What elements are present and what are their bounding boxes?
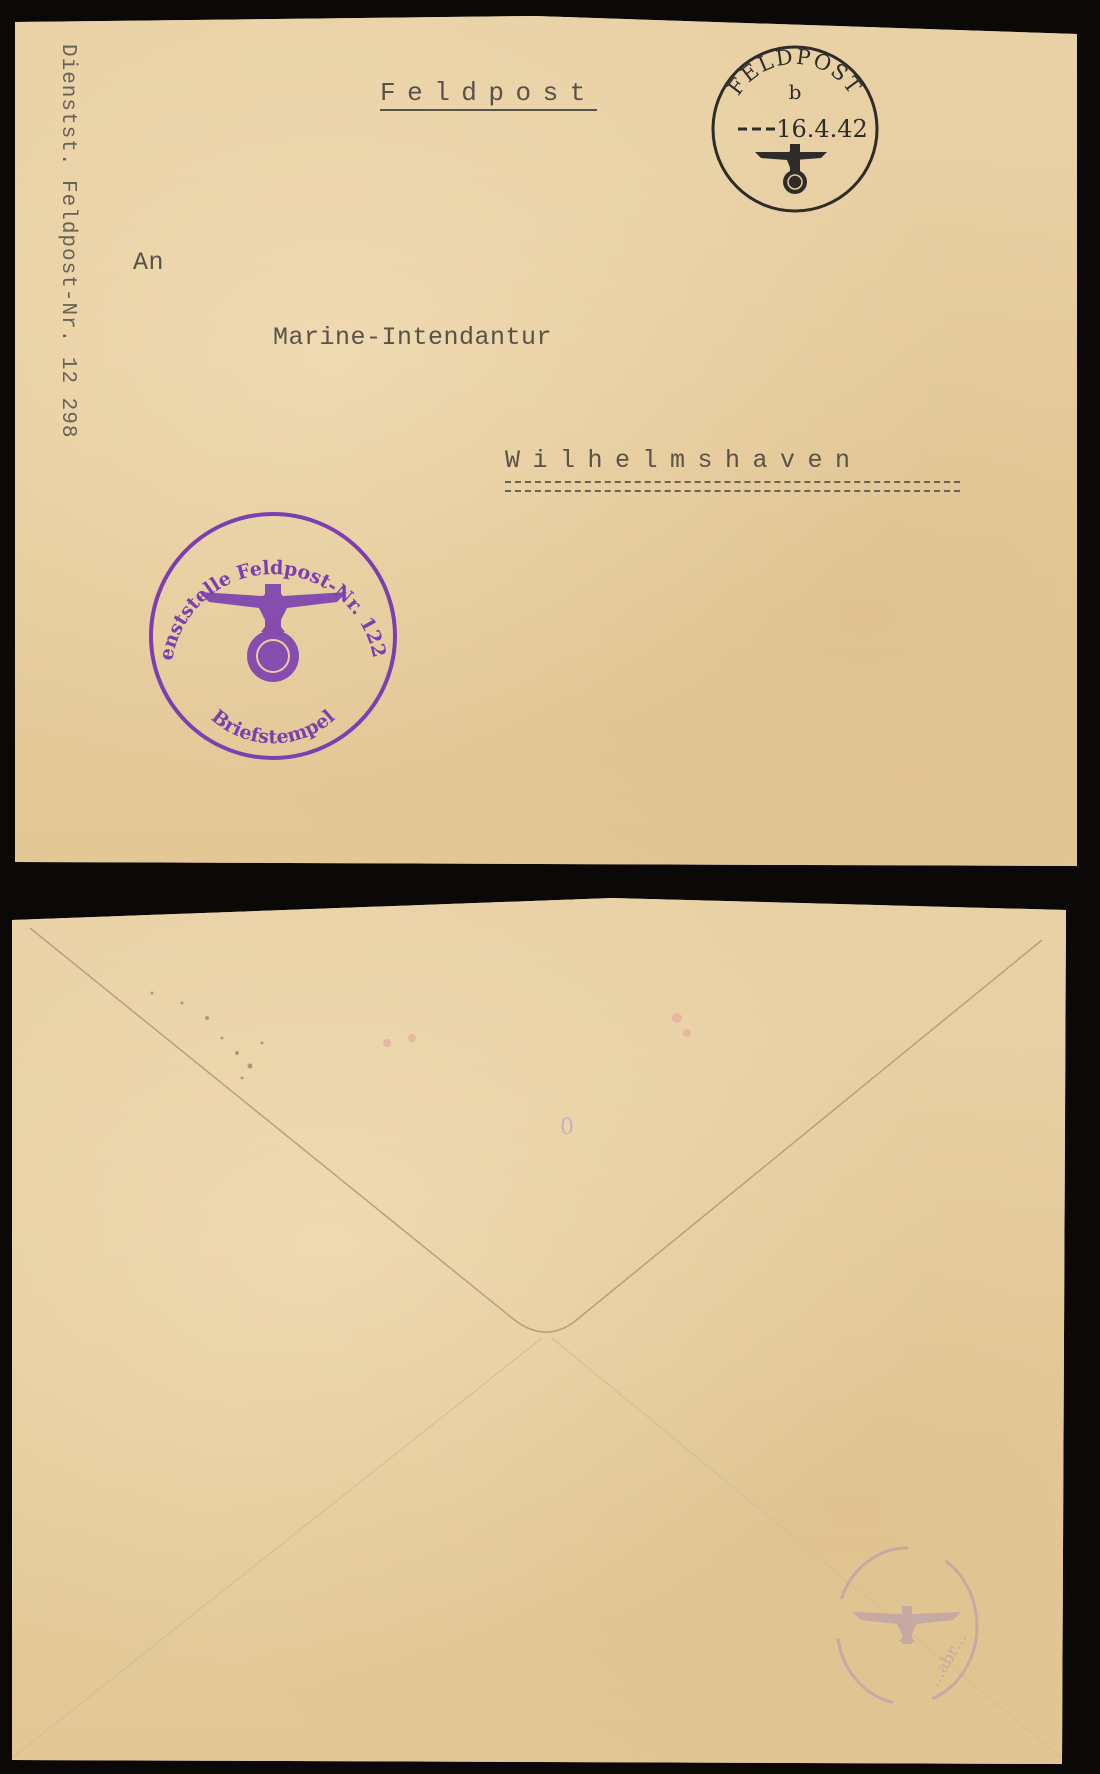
recipient-prefix: An [133, 248, 164, 277]
service-stamp-bottom-text: Briefstempel [207, 705, 339, 748]
svg-text:Briefstempel: Briefstempel [207, 705, 339, 748]
ink-specks [151, 992, 264, 1080]
envelope-back: 0 …abr… [12, 898, 1066, 1764]
postmark-date: 16.4.42 [776, 115, 868, 143]
feldpost-heading: Feldpost [380, 78, 597, 111]
sender-line: Dienstst. Feldpost-Nr. 12 298 [56, 44, 79, 438]
service-stamp: Dienststelle Feldpost-Nr. 12298 Briefste… [143, 506, 403, 766]
envelope-flap-lines: 0 …abr… [12, 898, 1066, 1764]
faint-red-marks [383, 1013, 691, 1047]
city-double-underline [505, 481, 960, 492]
recipient-name: Marine-Intendantur [273, 323, 552, 352]
feldpost-postmark: FELDPOST b 16.4.42 [700, 34, 890, 224]
postmark-letter: b [789, 80, 802, 104]
eagle-icon [199, 584, 347, 682]
faint-violet-mark: 0 [560, 1115, 574, 1140]
faint-stamp-text: …abr… [924, 1629, 970, 1690]
eagle-icon [755, 144, 827, 194]
recipient-city: Wilhelmshaven [505, 446, 863, 475]
envelope-front: Dienstst. Feldpost-Nr. 12 298 Feldpost A… [15, 16, 1077, 866]
faint-back-stamp: …abr… [837, 1548, 977, 1704]
